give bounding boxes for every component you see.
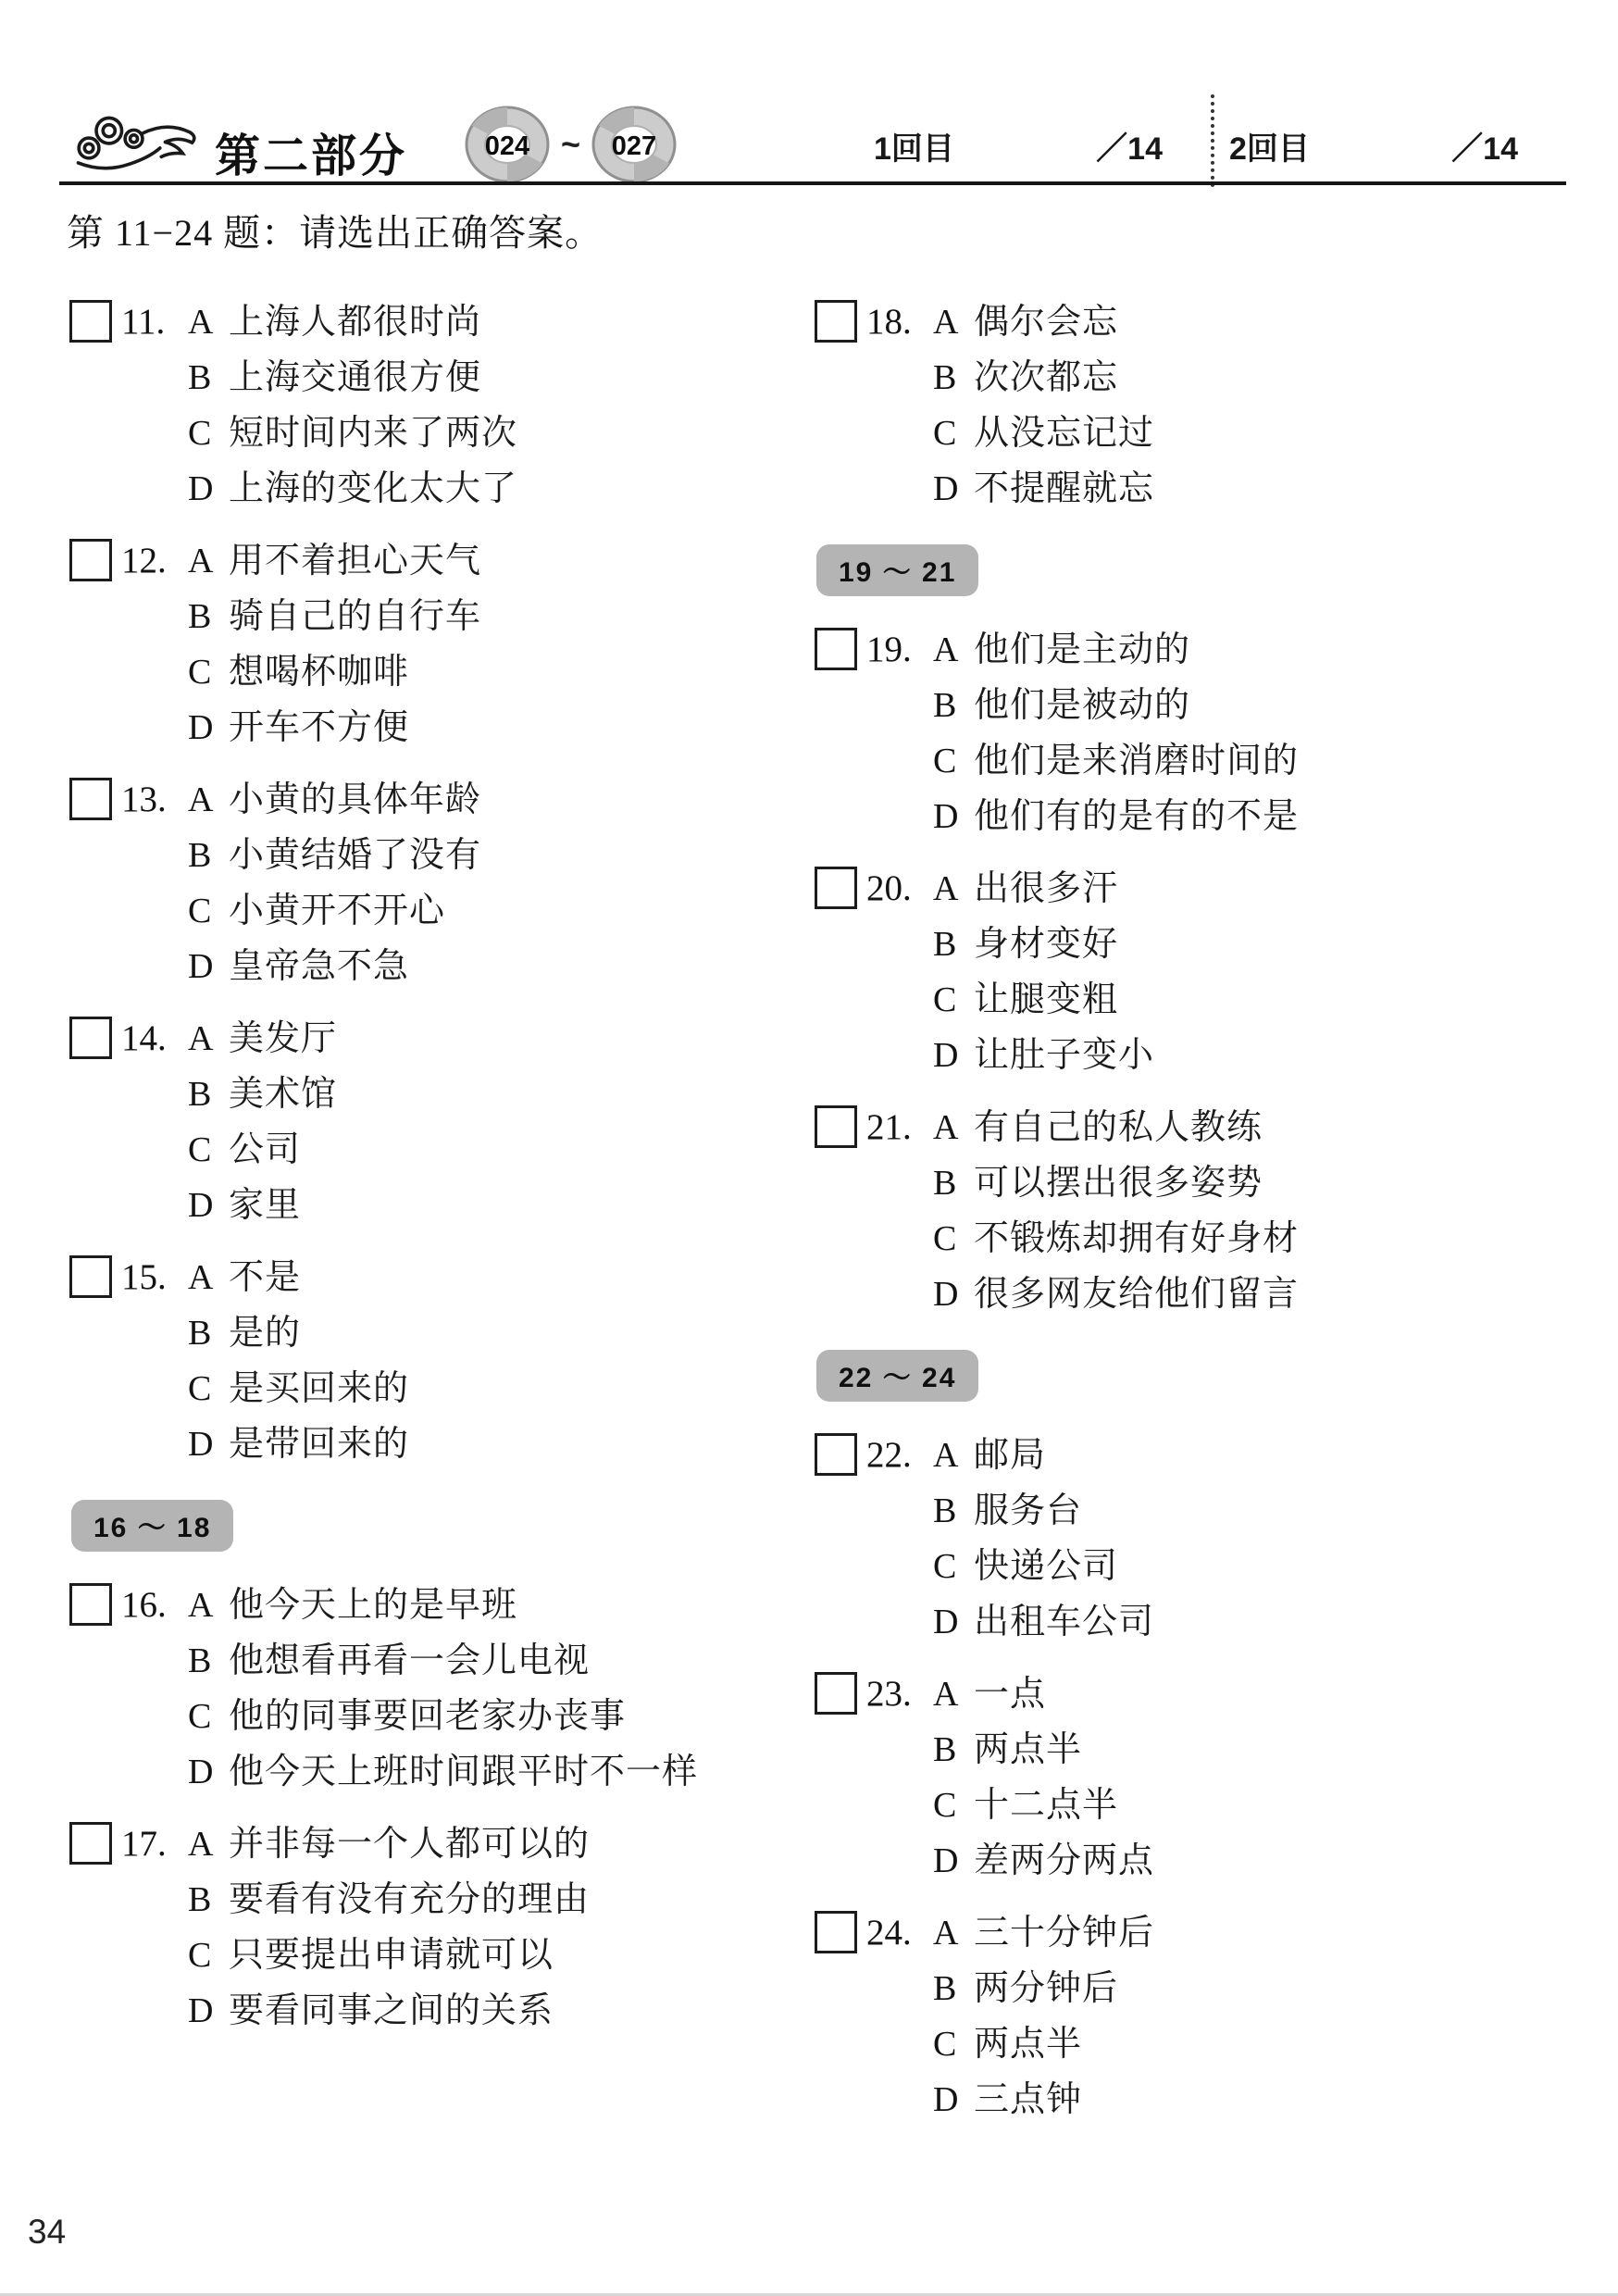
question-range-badge: 16 ～ 18 <box>71 1500 233 1552</box>
option-letter: A <box>933 294 974 350</box>
option-row: C 公司 <box>188 1122 337 1178</box>
question-number: 23. <box>866 1666 933 1722</box>
option-row: A 他今天上的是早班 <box>188 1578 698 1633</box>
option-letter: A <box>933 1905 974 1961</box>
option-letter: D <box>933 2072 974 2128</box>
option-list: A 出很多汗 B 身材变好 C 让腿变粗 D 让肚子变小 <box>933 861 1154 1083</box>
option-row: B 两点半 <box>933 1722 1154 1778</box>
question-number: 11. <box>121 294 188 350</box>
option-list: A 不是 B 是的 C 是买回来的 D 是带回来的 <box>188 1250 409 1472</box>
option-letter: C <box>933 733 974 789</box>
option-letter: D <box>188 1744 229 1800</box>
answer-checkbox[interactable] <box>815 867 857 909</box>
option-letter: A <box>188 1578 229 1633</box>
option-text: 美术馆 <box>229 1067 337 1122</box>
option-list: A 偶尔会忘 B 次次都忘 C 从没忘记过 D 不提醒就忘 <box>933 294 1154 517</box>
option-text: 用不着担心天气 <box>229 533 481 589</box>
option-row: A 他们是主动的 <box>933 622 1299 678</box>
option-row: D 他们有的是有的不是 <box>933 789 1299 844</box>
option-text: 小黄开不开心 <box>229 883 445 939</box>
option-letter: C <box>188 883 229 939</box>
option-text: 差两分两点 <box>974 1833 1154 1889</box>
option-letter: A <box>188 1011 229 1067</box>
option-text: 邮局 <box>974 1428 1046 1483</box>
option-letter: D <box>933 1594 974 1650</box>
option-letter: D <box>933 1833 974 1889</box>
option-row: B 身材变好 <box>933 917 1154 972</box>
option-text: 服务台 <box>974 1483 1082 1539</box>
question-number: 16. <box>121 1578 188 1633</box>
audio-track-disc-icon: 027 <box>591 106 677 183</box>
option-letter: D <box>188 1178 229 1233</box>
option-letter: D <box>188 939 229 994</box>
option-text: 开车不方便 <box>229 700 409 755</box>
option-row: D 让肚子变小 <box>933 1028 1154 1083</box>
question-item: 23. A 一点 B 两点半 C 十二点半 D 差两分两点 <box>815 1666 1581 1889</box>
cloud-ornament-icon <box>65 104 205 178</box>
option-letter: C <box>933 406 974 461</box>
answer-checkbox[interactable] <box>69 1017 112 1059</box>
option-letter: C <box>188 406 229 461</box>
option-text: 并非每一个人都可以的 <box>229 1816 590 1872</box>
option-text: 他们是被动的 <box>974 678 1190 733</box>
option-letter: B <box>933 350 974 406</box>
option-text: 两分钟后 <box>974 1961 1118 2016</box>
option-row: A 用不着担心天气 <box>188 533 481 589</box>
option-letter: A <box>188 294 229 350</box>
option-text: 是带回来的 <box>229 1416 409 1472</box>
option-letter: D <box>188 700 229 755</box>
option-row: C 小黄开不开心 <box>188 883 481 939</box>
option-list: A 上海人都很时尚 B 上海交通很方便 C 短时间内来了两次 D 上海的变化太大… <box>188 294 517 517</box>
option-row: B 两分钟后 <box>933 1961 1154 2016</box>
option-text: 出很多汗 <box>974 861 1118 917</box>
option-letter: B <box>933 1155 974 1211</box>
option-text: 只要提出申请就可以 <box>229 1928 554 1983</box>
question-item: 12. A 用不着担心天气 B 骑自己的自行车 C 想喝杯咖啡 D 开车不方便 <box>69 533 810 755</box>
attempt-1: 1回目 ／14 <box>859 109 1211 181</box>
option-row: C 不锻炼却拥有好身材 <box>933 1211 1299 1267</box>
option-row: A 偶尔会忘 <box>933 294 1154 350</box>
option-text: 不锻炼却拥有好身材 <box>974 1211 1299 1267</box>
option-letter: B <box>933 917 974 972</box>
option-text: 短时间内来了两次 <box>229 406 517 461</box>
option-row: C 想喝杯咖啡 <box>188 644 481 700</box>
option-text: 他今天上的是早班 <box>229 1578 517 1633</box>
option-row: C 快递公司 <box>933 1539 1154 1594</box>
audio-track-disc-icon: 024 <box>465 106 550 183</box>
question-number: 15. <box>121 1250 188 1305</box>
question-number: 18. <box>866 294 933 350</box>
question-item: 15. A 不是 B 是的 C 是买回来的 D 是带回来的 <box>69 1250 810 1472</box>
option-letter: A <box>933 861 974 917</box>
option-row: B 上海交通很方便 <box>188 350 517 406</box>
question-number: 20. <box>866 861 933 917</box>
question-number: 12. <box>121 533 188 589</box>
option-letter: A <box>933 622 974 678</box>
option-letter: C <box>188 644 229 700</box>
answer-checkbox[interactable] <box>815 1672 857 1715</box>
option-row: C 两点半 <box>933 2016 1154 2072</box>
option-letter: A <box>933 1100 974 1155</box>
option-text: 他们是来消磨时间的 <box>974 733 1299 789</box>
track-separator: ~ <box>559 125 582 164</box>
option-text: 快递公司 <box>974 1539 1118 1594</box>
answer-checkbox[interactable] <box>815 300 857 343</box>
answer-checkbox[interactable] <box>69 1583 112 1626</box>
answer-checkbox[interactable] <box>69 539 112 581</box>
option-letter: D <box>933 1028 974 1083</box>
option-list: A 用不着担心天气 B 骑自己的自行车 C 想喝杯咖啡 D 开车不方便 <box>188 533 481 755</box>
option-text: 让腿变粗 <box>974 972 1118 1028</box>
option-text: 他今天上班时间跟平时不一样 <box>229 1744 698 1800</box>
option-row: A 小黄的具体年龄 <box>188 772 481 828</box>
question-column-left: 11. A 上海人都很时尚 B 上海交通很方便 C 短时间内来了两次 D 上海的… <box>69 294 810 2055</box>
option-text: 有自己的私人教练 <box>974 1100 1263 1155</box>
option-row: D 是带回来的 <box>188 1416 409 1472</box>
option-letter: C <box>933 2016 974 2072</box>
option-row: D 三点钟 <box>933 2072 1154 2128</box>
option-letter: B <box>188 1305 229 1361</box>
question-number: 19. <box>866 622 933 678</box>
attempt-2-label: 2回目 <box>1229 123 1310 168</box>
option-row: D 家里 <box>188 1178 337 1233</box>
option-list: A 三十分钟后 B 两分钟后 C 两点半 D 三点钟 <box>933 1905 1154 2128</box>
option-text: 偶尔会忘 <box>974 294 1118 350</box>
option-row: A 上海人都很时尚 <box>188 294 517 350</box>
option-letter: C <box>188 1122 229 1178</box>
question-item: 22. A 邮局 B 服务台 C 快递公司 D 出租车公司 <box>815 1428 1581 1650</box>
option-text: 很多网友给他们留言 <box>974 1267 1299 1322</box>
answer-checkbox[interactable] <box>815 628 857 670</box>
option-text: 美发厅 <box>229 1011 337 1067</box>
instruction-text: 第 11−24 题：请选出正确答案。 <box>67 204 603 256</box>
option-row: D 要看同事之间的关系 <box>188 1983 590 2039</box>
option-text: 要看有没有充分的理由 <box>229 1872 590 1928</box>
option-row: D 不提醒就忘 <box>933 461 1154 517</box>
option-letter: D <box>933 1267 974 1322</box>
question-item: 13. A 小黄的具体年龄 B 小黄结婚了没有 C 小黄开不开心 D 皇帝急不急 <box>69 772 810 994</box>
option-row: B 美术馆 <box>188 1067 337 1122</box>
option-row: B 要看有没有充分的理由 <box>188 1872 590 1928</box>
score-tracker: 1回目 ／14 2回目 ／14 <box>859 109 1566 181</box>
option-text: 三点钟 <box>974 2072 1082 2128</box>
option-text: 不提醒就忘 <box>974 461 1154 517</box>
option-letter: C <box>933 1211 974 1267</box>
option-row: A 一点 <box>933 1666 1154 1722</box>
option-text: 两点半 <box>974 1722 1082 1778</box>
attempt-1-label: 1回目 <box>874 123 954 168</box>
option-row: C 十二点半 <box>933 1778 1154 1833</box>
option-text: 他想看再看一会儿电视 <box>229 1633 590 1689</box>
option-letter: A <box>933 1666 974 1722</box>
question-number: 24. <box>866 1905 933 1961</box>
attempt-2: 2回目 ／14 <box>1214 109 1566 181</box>
option-text: 可以摆出很多姿势 <box>974 1155 1263 1211</box>
option-row: D 出租车公司 <box>933 1594 1154 1650</box>
workbook-page: 第二部分 024 ~ 027 1回目 ／14 2回目 ／14 第 11−24 <box>0 0 1618 2296</box>
option-row: C 短时间内来了两次 <box>188 406 517 461</box>
option-letter: B <box>188 350 229 406</box>
option-letter: A <box>188 1816 229 1872</box>
option-text: 上海人都很时尚 <box>229 294 481 350</box>
option-letter: D <box>188 1983 229 2039</box>
option-text: 他们有的是有的不是 <box>974 789 1299 844</box>
option-text: 出租车公司 <box>974 1594 1154 1650</box>
option-list: A 有自己的私人教练 B 可以摆出很多姿势 C 不锻炼却拥有好身材 D 很多网友… <box>933 1100 1299 1322</box>
option-letter: B <box>188 828 229 883</box>
option-row: B 可以摆出很多姿势 <box>933 1155 1299 1211</box>
option-text: 想喝杯咖啡 <box>229 644 409 700</box>
option-list: A 并非每一个人都可以的 B 要看有没有充分的理由 C 只要提出申请就可以 D … <box>188 1816 590 2039</box>
option-letter: A <box>933 1428 974 1483</box>
option-letter: C <box>188 1361 229 1416</box>
option-row: B 次次都忘 <box>933 350 1154 406</box>
option-letter: C <box>933 1539 974 1594</box>
option-letter: D <box>188 461 229 517</box>
header-rule <box>59 181 1566 185</box>
option-letter: C <box>933 972 974 1028</box>
answer-checkbox[interactable] <box>815 1105 857 1148</box>
question-item: 19. A 他们是主动的 B 他们是被动的 C 他们是来消磨时间的 D 他们有的… <box>815 622 1581 844</box>
question-number: 14. <box>121 1011 188 1067</box>
option-row: C 让腿变粗 <box>933 972 1154 1028</box>
question-column-right: 18. A 偶尔会忘 B 次次都忘 C 从没忘记过 D 不提醒就忘 19 ～ 2… <box>815 294 1581 2144</box>
option-row: A 出很多汗 <box>933 861 1154 917</box>
option-letter: A <box>188 772 229 828</box>
option-text: 不是 <box>229 1250 301 1305</box>
track-start-number: 024 <box>485 131 529 161</box>
option-text: 三十分钟后 <box>974 1905 1154 1961</box>
option-text: 他们是主动的 <box>974 622 1190 678</box>
option-row: A 有自己的私人教练 <box>933 1100 1299 1155</box>
attempt-1-score: ／14 <box>1096 123 1163 168</box>
option-letter: B <box>188 1067 229 1122</box>
option-row: C 是买回来的 <box>188 1361 409 1416</box>
question-item: 24. A 三十分钟后 B 两分钟后 C 两点半 D 三点钟 <box>815 1905 1581 2128</box>
question-item: 18. A 偶尔会忘 B 次次都忘 C 从没忘记过 D 不提醒就忘 <box>815 294 1581 517</box>
option-text: 从没忘记过 <box>974 406 1154 461</box>
option-letter: C <box>188 1928 229 1983</box>
option-row: D 上海的变化太大了 <box>188 461 517 517</box>
option-row: D 开车不方便 <box>188 700 481 755</box>
option-row: B 小黄结婚了没有 <box>188 828 481 883</box>
option-text: 是买回来的 <box>229 1361 409 1416</box>
answer-checkbox[interactable] <box>815 1911 857 1953</box>
option-letter: B <box>188 589 229 644</box>
option-letter: B <box>188 1633 229 1689</box>
option-letter: D <box>188 1416 229 1472</box>
option-text: 公司 <box>229 1122 301 1178</box>
option-list: A 小黄的具体年龄 B 小黄结婚了没有 C 小黄开不开心 D 皇帝急不急 <box>188 772 481 994</box>
answer-checkbox[interactable] <box>69 778 112 820</box>
option-letter: B <box>933 1722 974 1778</box>
option-letter: B <box>933 1961 974 2016</box>
option-row: C 只要提出申请就可以 <box>188 1928 590 1983</box>
option-row: A 邮局 <box>933 1428 1154 1483</box>
attempt-2-score: ／14 <box>1451 123 1518 168</box>
option-text: 上海交通很方便 <box>229 350 481 406</box>
option-row: C 他的同事要回老家办丧事 <box>188 1689 698 1744</box>
option-letter: C <box>933 1778 974 1833</box>
question-number: 22. <box>866 1428 933 1483</box>
option-row: A 并非每一个人都可以的 <box>188 1816 590 1872</box>
option-row: B 他想看再看一会儿电视 <box>188 1633 698 1689</box>
question-range-badge: 22 ～ 24 <box>816 1350 978 1402</box>
option-row: B 是的 <box>188 1305 409 1361</box>
option-text: 他的同事要回老家办丧事 <box>229 1689 626 1744</box>
option-row: B 骑自己的自行车 <box>188 589 481 644</box>
option-text: 十二点半 <box>974 1778 1118 1833</box>
option-text: 身材变好 <box>974 917 1118 972</box>
question-item: 21. A 有自己的私人教练 B 可以摆出很多姿势 C 不锻炼却拥有好身材 D … <box>815 1100 1581 1322</box>
option-row: A 不是 <box>188 1250 409 1305</box>
option-text: 两点半 <box>974 2016 1082 2072</box>
option-letter: B <box>933 678 974 733</box>
option-text: 小黄的具体年龄 <box>229 772 481 828</box>
answer-checkbox[interactable] <box>815 1433 857 1476</box>
option-text: 次次都忘 <box>974 350 1118 406</box>
option-row: A 美发厅 <box>188 1011 337 1067</box>
option-text: 上海的变化太大了 <box>229 461 517 517</box>
option-list: A 他们是主动的 B 他们是被动的 C 他们是来消磨时间的 D 他们有的是有的不… <box>933 622 1299 844</box>
option-text: 是的 <box>229 1305 301 1361</box>
option-letter: D <box>933 461 974 517</box>
option-letter: C <box>188 1689 229 1744</box>
audio-track-range: 024 ~ 027 <box>465 106 677 183</box>
option-letter: D <box>933 789 974 844</box>
option-row: B 他们是被动的 <box>933 678 1299 733</box>
answer-checkbox[interactable] <box>69 1255 112 1298</box>
option-list: A 美发厅 B 美术馆 C 公司 D 家里 <box>188 1011 337 1233</box>
option-letter: A <box>188 1250 229 1305</box>
option-row: C 他们是来消磨时间的 <box>933 733 1299 789</box>
question-item: 16. A 他今天上的是早班 B 他想看再看一会儿电视 C 他的同事要回老家办丧… <box>69 1578 810 1800</box>
answer-checkbox[interactable] <box>69 1822 112 1865</box>
option-row: A 三十分钟后 <box>933 1905 1154 1961</box>
option-letter: A <box>188 533 229 589</box>
page-number: 34 <box>28 2213 66 2252</box>
option-list: A 邮局 B 服务台 C 快递公司 D 出租车公司 <box>933 1428 1154 1650</box>
section-title: 第二部分 <box>215 120 407 185</box>
option-list: A 他今天上的是早班 B 他想看再看一会儿电视 C 他的同事要回老家办丧事 D … <box>188 1578 698 1800</box>
option-list: A 一点 B 两点半 C 十二点半 D 差两分两点 <box>933 1666 1154 1889</box>
option-row: B 服务台 <box>933 1483 1154 1539</box>
question-number: 17. <box>121 1816 188 1872</box>
option-text: 一点 <box>974 1666 1046 1722</box>
question-number: 13. <box>121 772 188 828</box>
option-row: C 从没忘记过 <box>933 406 1154 461</box>
track-end-number: 027 <box>612 131 656 161</box>
option-text: 骑自己的自行车 <box>229 589 481 644</box>
question-item: 20. A 出很多汗 B 身材变好 C 让腿变粗 D 让肚子变小 <box>815 861 1581 1083</box>
option-text: 要看同事之间的关系 <box>229 1983 554 2039</box>
option-row: D 他今天上班时间跟平时不一样 <box>188 1744 698 1800</box>
option-text: 皇帝急不急 <box>229 939 409 994</box>
option-row: D 皇帝急不急 <box>188 939 481 994</box>
question-number: 21. <box>866 1100 933 1155</box>
option-letter: B <box>188 1872 229 1928</box>
question-range-badge: 19 ～ 21 <box>816 544 978 596</box>
question-item: 17. A 并非每一个人都可以的 B 要看有没有充分的理由 C 只要提出申请就可… <box>69 1816 810 2039</box>
option-letter: B <box>933 1483 974 1539</box>
option-text: 家里 <box>229 1178 301 1233</box>
answer-checkbox[interactable] <box>69 300 112 343</box>
option-row: D 差两分两点 <box>933 1833 1154 1889</box>
option-row: D 很多网友给他们留言 <box>933 1267 1299 1322</box>
question-item: 14. A 美发厅 B 美术馆 C 公司 D 家里 <box>69 1011 810 1233</box>
option-text: 让肚子变小 <box>974 1028 1154 1083</box>
option-text: 小黄结婚了没有 <box>229 828 481 883</box>
question-item: 11. A 上海人都很时尚 B 上海交通很方便 C 短时间内来了两次 D 上海的… <box>69 294 810 517</box>
